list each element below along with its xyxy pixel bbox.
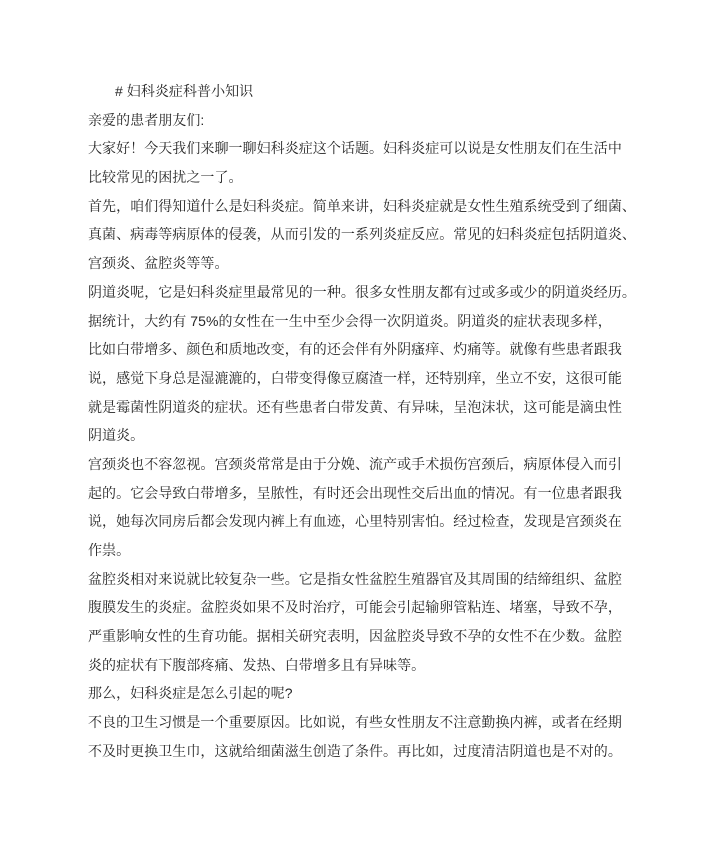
heading-paragraph: # 妇科炎症科普小知识 bbox=[88, 77, 622, 106]
text-line: 首先，咱们得知道什么是妇科炎症。简单来讲，妇科炎症就是女性生殖系统受到了细菌、 bbox=[88, 192, 622, 221]
text-line: 那么，妇科炎症是怎么引起的呢? bbox=[88, 679, 622, 708]
text-line: 阴道炎。 bbox=[88, 421, 622, 450]
text-line: 宫颈炎、盆腔炎等等。 bbox=[88, 249, 622, 278]
text-line: 就是霉菌性阴道炎的症状。还有些患者白带发黄、有异味，呈泡沫状，这可能是滴虫性 bbox=[88, 393, 622, 422]
cervicitis-paragraph: 宫颈炎也不容忽视。宫颈炎常常是由于分娩、流产或手术损伤宫颈后，病原体侵入而引起的… bbox=[88, 450, 622, 565]
text-line: 严重影响女性的生育功能。据相关研究表明，因盆腔炎导致不孕的女性不在少数。盆腔 bbox=[88, 622, 622, 651]
text-line: 真菌、病毒等病原体的侵袭，从而引发的一系列炎症反应。常见的妇科炎症包括阴道炎、 bbox=[88, 220, 622, 249]
text-line: 说，她每次同房后都会发现内裤上有血迹，心里特别害怕。经过检查，发现是宫颈炎在 bbox=[88, 507, 622, 536]
text-line: 比如白带增多、颜色和质地改变，有的还会伴有外阴瘙痒、灼痛等。就像有些患者跟我 bbox=[88, 335, 622, 364]
causes-paragraph: 不良的卫生习惯是一个重要原因。比如说，有些女性朋友不注意勤换内裤，或者在经期不及… bbox=[88, 708, 622, 765]
question-paragraph: 那么，妇科炎症是怎么引起的呢? bbox=[88, 679, 622, 708]
vaginitis-paragraph: 阴道炎呢，它是妇科炎症里最常见的一种。很多女性朋友都有过或多或少的阴道炎经历。据… bbox=[88, 278, 622, 450]
text-line: 比较常见的困扰之一了。 bbox=[88, 163, 622, 192]
definition-paragraph: 首先，咱们得知道什么是妇科炎症。简单来讲，妇科炎症就是女性生殖系统受到了细菌、真… bbox=[88, 192, 622, 278]
heading-line: # 妇科炎症科普小知识 bbox=[88, 77, 622, 106]
text-line: 说，感觉下身总是湿漉漉的，白带变得像豆腐渣一样，还特别痒，坐立不安，这很可能 bbox=[88, 364, 622, 393]
text-line: 不良的卫生习惯是一个重要原因。比如说，有些女性朋友不注意勤换内裤，或者在经期 bbox=[88, 708, 622, 737]
text-line: 据统计，大约有 75%的女性在一生中至少会得一次阴道炎。阴道炎的症状表现多样， bbox=[88, 307, 622, 336]
text-line: 阴道炎呢，它是妇科炎症里最常见的一种。很多女性朋友都有过或多或少的阴道炎经历。 bbox=[88, 278, 622, 307]
text-line: 大家好！今天我们来聊一聊妇科炎症这个话题。妇科炎症可以说是女性朋友们在生活中 bbox=[88, 134, 622, 163]
pelvic-inflammation-paragraph: 盆腔炎相对来说就比较复杂一些。它是指女性盆腔生殖器官及其周围的结缔组织、盆腔腹膜… bbox=[88, 565, 622, 680]
document-content: # 妇科炎症科普小知识亲爱的患者朋友们:大家好！今天我们来聊一聊妇科炎症这个话题… bbox=[88, 77, 622, 766]
text-line: 亲爱的患者朋友们: bbox=[88, 106, 622, 135]
text-line: 盆腔炎相对来说就比较复杂一些。它是指女性盆腔生殖器官及其周围的结缔组织、盆腔 bbox=[88, 565, 622, 594]
text-line: 腹膜发生的炎症。盆腔炎如果不及时治疗，可能会引起输卵管粘连、堵塞，导致不孕， bbox=[88, 593, 622, 622]
text-line: 炎的症状有下腹部疼痛、发热、白带增多且有异味等。 bbox=[88, 651, 622, 680]
text-line: 不及时更换卫生巾，这就给细菌滋生创造了条件。再比如，过度清洁阴道也是不对的。 bbox=[88, 737, 622, 766]
text-line: 起的。它会导致白带增多，呈脓性，有时还会出现性交后出血的情况。有一位患者跟我 bbox=[88, 479, 622, 508]
salutation-paragraph: 亲爱的患者朋友们: bbox=[88, 106, 622, 135]
text-line: 作祟。 bbox=[88, 536, 622, 565]
text-line: 宫颈炎也不容忽视。宫颈炎常常是由于分娩、流产或手术损伤宫颈后，病原体侵入而引 bbox=[88, 450, 622, 479]
intro-paragraph: 大家好！今天我们来聊一聊妇科炎症这个话题。妇科炎症可以说是女性朋友们在生活中比较… bbox=[88, 134, 622, 191]
